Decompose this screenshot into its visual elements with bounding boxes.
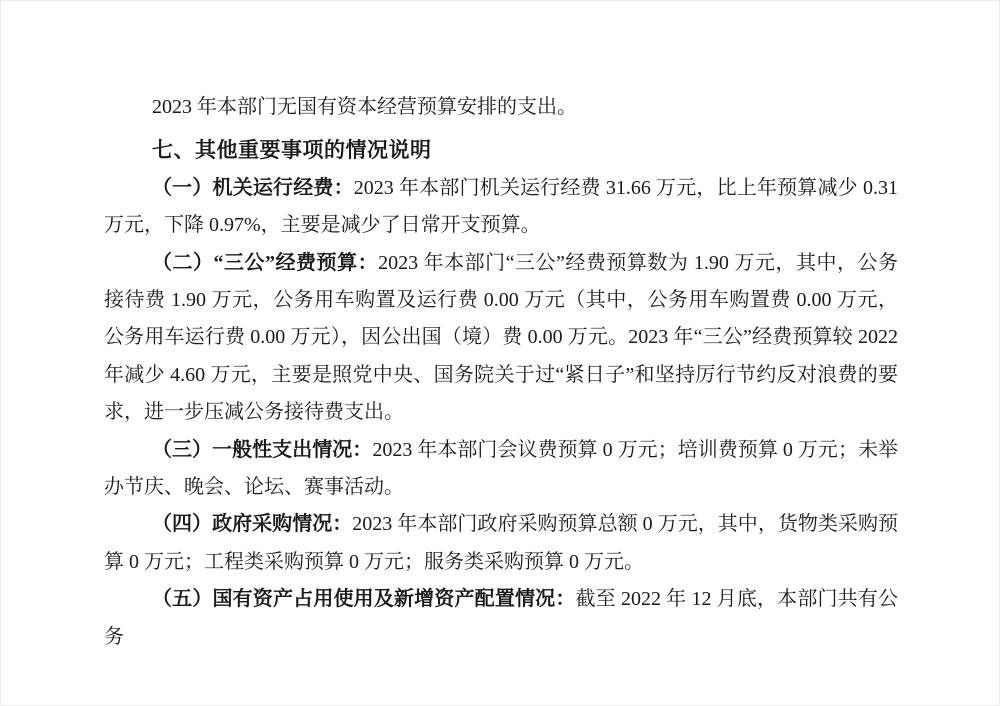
intro-paragraph: 2023 年本部门无国有资本经营预算安排的支出。 <box>104 89 898 126</box>
document-content: 2023 年本部门无国有资本经营预算安排的支出。 七、其他重要事项的情况说明 （… <box>104 1 898 656</box>
budget-item-paragraph: （三）一般性支出情况：2023 年本部门会议费预算 0 万元；培训费预算 0 万… <box>104 432 898 507</box>
budget-item-paragraph: （二）“三公”经费预算：2023 年本部门“三公”经费预算数为 1.90 万元，… <box>104 245 898 432</box>
item-label: （四）政府采购情况： <box>152 513 352 535</box>
item-label: （三）一般性支出情况： <box>152 439 372 461</box>
item-text: 2023 年本部门“三公”经费预算数为 1.90 万元，其中，公务接待费 1.9… <box>104 252 898 424</box>
section-heading: 七、其他重要事项的情况说明 <box>104 132 898 169</box>
document-page: 2023 年本部门无国有资本经营预算安排的支出。 七、其他重要事项的情况说明 （… <box>0 0 1000 706</box>
budget-item-paragraph: （一）机关运行经费：2023 年本部门机关运行经费 31.66 万元，比上年预算… <box>104 170 898 245</box>
budget-item-paragraph: （四）政府采购情况：2023 年本部门政府采购预算总额 0 万元，其中，货物类采… <box>104 506 898 581</box>
budget-item-paragraph: （五）国有资产占用使用及新增资产配置情况：截至 2022 年 12 月底，本部门… <box>104 581 898 656</box>
item-label: （二）“三公”经费预算： <box>152 252 378 274</box>
item-label: （一）机关运行经费： <box>152 177 354 199</box>
item-label: （五）国有资产占用使用及新增资产配置情况： <box>152 588 576 610</box>
